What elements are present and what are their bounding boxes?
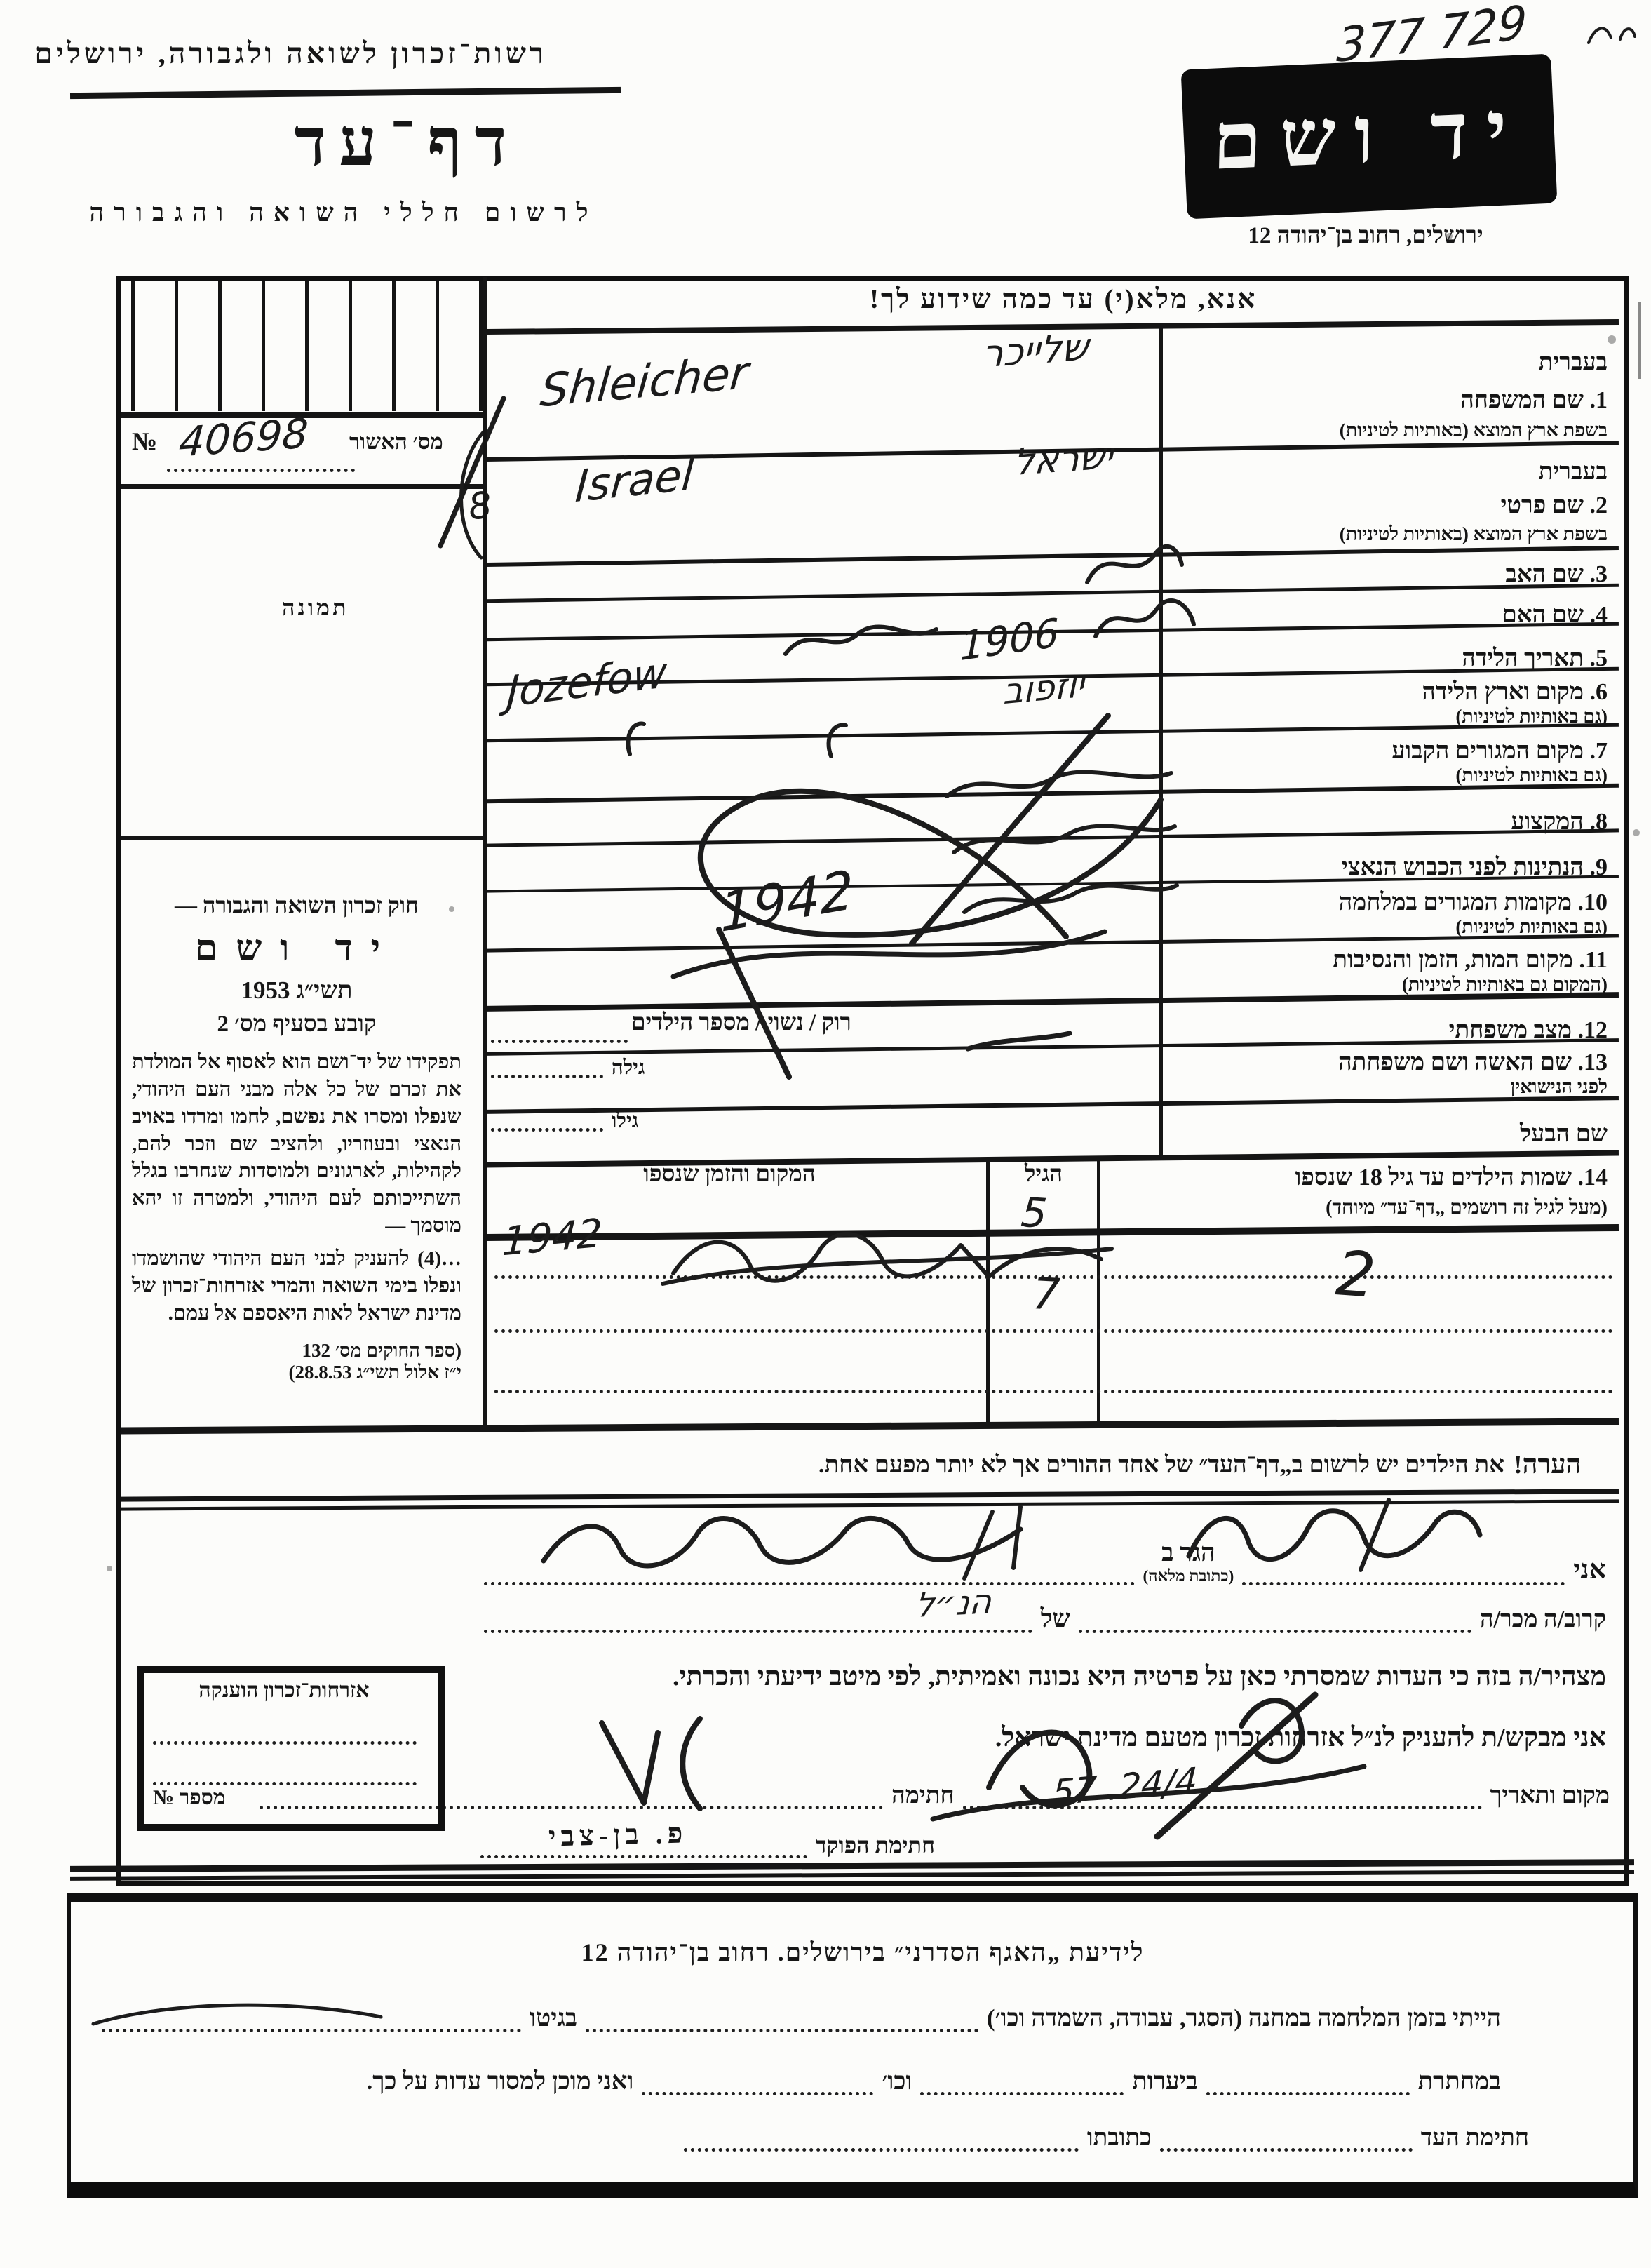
bottom-ghetto-line xyxy=(102,2004,521,2032)
clerk-stamp: פ. בן-צבי xyxy=(548,1816,687,1853)
org-name: רשות־זכרון לשואה ולגבורה, ירושלים xyxy=(42,36,547,70)
family-name-hebrew-handwritten: שלייכר xyxy=(981,325,1089,377)
first-name-hebrew-handwritten: ישראל xyxy=(1013,435,1114,484)
form-subtitle: לרשום חללי השואה והגבורה xyxy=(77,198,610,227)
children-row-year-handwritten: 1942 xyxy=(501,1211,603,1266)
stray-pen-marks xyxy=(1582,11,1638,53)
bottom-row-underground: במחתרת ביערות וכו׳ ואני מוכן למסור עדות … xyxy=(102,2067,1501,2095)
field-sub-7: (גם באותיות לטיניות) xyxy=(1455,765,1608,786)
photo-area-scan-curve xyxy=(435,428,491,561)
field-sub-1: בשפת ארץ המוצא (באותיות לטיניות) xyxy=(1340,420,1608,441)
header-rule xyxy=(70,87,621,99)
left-column-divider xyxy=(483,277,487,1428)
declaration-row-relation: קרוב/ה מכר/ה של xyxy=(484,1604,1606,1633)
bottom-underground-label: במחתרת xyxy=(1418,2067,1501,2095)
field-label-2: 2. שם פרטי xyxy=(1501,492,1608,519)
law-text-block: חוק זכרון השואה והגבורה — יד ושם תשי״ג 1… xyxy=(132,892,461,1383)
bottom-etc-line xyxy=(642,2067,873,2095)
law-name: יד ושם xyxy=(132,928,461,969)
bottom-row-witness: חתימת העד כתובתו xyxy=(684,2123,1529,2152)
occupation-scribble xyxy=(933,765,1178,926)
field-pre-2: בעברית xyxy=(1539,459,1608,485)
memorial-box-number-label: מספר № xyxy=(153,1786,226,1810)
table-dotted-row-3 xyxy=(494,1366,1613,1393)
child-age-2-handwritten: 7 xyxy=(1031,1268,1061,1320)
memorial-box-title: אזרחות־זכרון הוענקה xyxy=(147,1679,421,1703)
field-label-11: 11. מקום המות, הזמן והנסיבות xyxy=(1333,947,1608,974)
law-clause: …(4) להעניק לבני העם היהודי שהושמדו ונפל… xyxy=(132,1245,461,1327)
field-label-6: 6. מקום וארץ הלידה xyxy=(1422,679,1608,706)
scan-edge-artifact xyxy=(1638,302,1641,379)
bottom-underground-line xyxy=(1206,2067,1410,2095)
field-sub-13: לפני הנישואין xyxy=(1510,1076,1608,1098)
his-age-dotted xyxy=(491,1104,603,1132)
his-age-label: גילו xyxy=(612,1110,638,1133)
logo-text: יד ושם xyxy=(1212,84,1526,189)
signature-scribble-cluster xyxy=(905,1682,1382,1840)
decl-place-date-label: מקום ותאריך xyxy=(1490,1783,1610,1809)
bottom-witness-sig-line xyxy=(1160,2123,1413,2152)
marital-marks-scribble xyxy=(673,922,1108,1080)
fill-request-line: אנא, מלא(י) עד כמה שידוע לך! xyxy=(870,283,1606,315)
law-year: תשי״ג 1953 xyxy=(132,977,461,1005)
yad-vashem-logo: יד ושם xyxy=(1184,57,1554,216)
bottom-was-label: הייתי בזמן המלחמה במחנה (הסגר, עבודה, הש… xyxy=(987,2004,1501,2032)
decl-relative-label: קרוב/ה מכר/ה xyxy=(1480,1606,1606,1633)
decl-address-scribble xyxy=(530,1501,1035,1582)
note-title: הערה! xyxy=(1514,1449,1582,1480)
field-label-14: 14. שמות הילדים עד גיל 18 שנספו xyxy=(1295,1165,1608,1191)
bottom-camp-line xyxy=(586,2004,978,2032)
photo-bottom-rule xyxy=(121,836,485,840)
law-intro: חוק זכרון השואה והגבורה — xyxy=(132,892,461,918)
field-label-1: 1. שם המשפחה xyxy=(1460,387,1608,414)
bottom-title: לידיעת „האגף הסדרני״ בירושלים. רחוב בן־י… xyxy=(414,1938,1312,1967)
her-age-dotted xyxy=(491,1051,603,1078)
her-age-label: גילה xyxy=(612,1056,645,1080)
birth-detail-scribble xyxy=(779,619,940,666)
decl-i-label: אני xyxy=(1573,1555,1606,1585)
bottom-forests-label: ביערות xyxy=(1132,2067,1197,2095)
form-title: דף־עד xyxy=(203,104,610,181)
table-col-age: הגיל xyxy=(988,1162,1099,1188)
law-section: קובע בסעיף מס׳ 2 xyxy=(132,1012,461,1038)
father-name-scribble xyxy=(1080,533,1185,595)
bottom-address-label: כתובתו xyxy=(1087,2125,1152,2152)
bottom-witness-sig-label: חתימת העד xyxy=(1421,2125,1529,2152)
approval-number-handwritten: 40698 xyxy=(177,409,310,466)
decl-name-scribble xyxy=(1178,1493,1487,1573)
approval-bottom-rule xyxy=(121,484,485,489)
bottom-row-camp: הייתי בזמן המלחמה במחנה (הסגר, עבודה, הש… xyxy=(102,2004,1501,2032)
org-address: ירושלים, רחוב בן־יהודה 12 xyxy=(1173,223,1558,249)
decl-clerk-label: חתימת הפוקד xyxy=(816,1832,935,1858)
bottom-ghetto-label: בגיטו xyxy=(530,2004,577,2032)
decl-relative-line xyxy=(1079,1604,1471,1633)
memorial-box-dotted-2 xyxy=(153,1758,417,1785)
children-count-handwritten: 2 xyxy=(1333,1237,1377,1312)
bottom-ready-label: ואני מוכן למסור עדות על כך. xyxy=(366,2067,633,2095)
memorial-box-dotted-1 xyxy=(153,1717,417,1745)
field-label-13: 13. שם האשה ושם משפחתה xyxy=(1338,1049,1608,1076)
decl-of-label: של xyxy=(1041,1604,1070,1633)
photo-label: תמונה xyxy=(282,595,349,621)
approval-no-mark: № xyxy=(132,427,157,456)
note-body: את הילדים יש לרשום ב„דף־העד״ של אחד ההור… xyxy=(484,1452,1504,1479)
scanned-testimony-page: רשות־זכרון לשואה ולגבורה, ירושלים דף־עד … xyxy=(0,0,1651,2268)
law-ref-2: י״ז אלול תשי״ג 28.8.53) xyxy=(132,1362,461,1383)
child-age-1-handwritten: 5 xyxy=(1020,1188,1049,1237)
relation-note-handwritten: הנ״ל xyxy=(914,1582,994,1625)
bottom-forests-line xyxy=(920,2067,1124,2095)
table-col-place: המקום והזמן שנספו xyxy=(533,1162,926,1188)
husband-name-label: שם הבעל xyxy=(1520,1121,1608,1148)
law-ref-1: (ספר החוקים מס׳ 132 xyxy=(132,1340,461,1362)
marital-dotted xyxy=(491,1016,628,1043)
law-body: תפקידו של יד־ושם הוא לאסוף אל המולדת את … xyxy=(132,1049,461,1240)
bottom-etc-label: וכו׳ xyxy=(882,2067,912,2095)
field-label-7: 7. מקום המגורים הקבוע xyxy=(1391,738,1608,765)
field-sub-14: (מעל לגיל זה רושמים „דף־עד״ מיוחד) xyxy=(1326,1197,1608,1219)
mother-name-scribble xyxy=(1087,591,1199,650)
ruled-ticks xyxy=(126,281,483,411)
field-pre-1: בעברית xyxy=(1539,349,1608,376)
field-label-10: 10. מקומות המגורים במלחמה xyxy=(1339,890,1608,916)
signature-mark-left xyxy=(589,1710,740,1812)
field-sub-2: בשפת ארץ המוצא (באותיות לטיניות) xyxy=(1340,523,1608,545)
bottom-address-line xyxy=(684,2123,1079,2152)
